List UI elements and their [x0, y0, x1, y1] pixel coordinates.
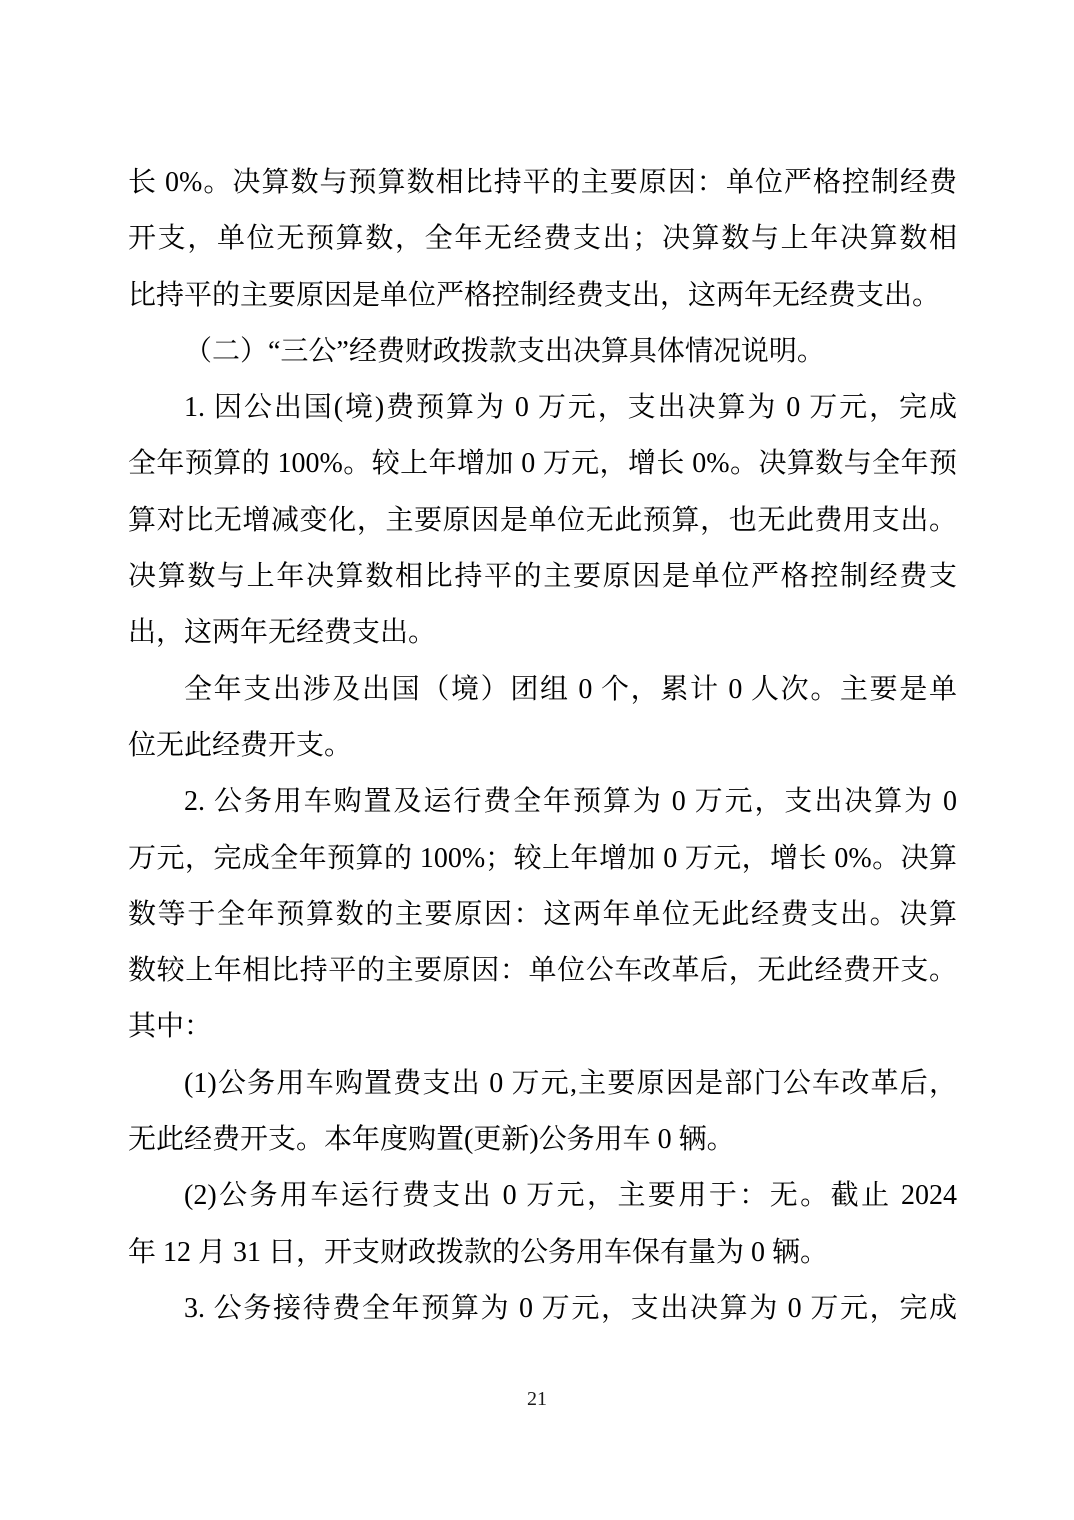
text-line: 年 12 月 31 日，开支财政拨款的公务用车保有量为 0 辆。: [128, 1225, 957, 1281]
text-line: 全年预算的 100%。较上年增加 0 万元，增长 0%。决算数与全年预: [128, 436, 957, 492]
text-line: 全年支出涉及出国（境）团组 0 个，累计 0 人次。主要是单: [128, 662, 957, 718]
document-body: 长 0%。决算数与预算数相比持平的主要原因：单位严格控制经费 开支，单位无预算数…: [128, 155, 957, 1337]
text-line: (2)公务用车运行费支出 0 万元，主要用于：无。截止 2024: [128, 1168, 957, 1224]
section-heading: （二）“三公”经费财政拨款支出决算具体情况说明。: [128, 324, 957, 380]
text-line: 位无此经费开支。: [128, 718, 957, 774]
text-line: 其中：: [128, 999, 957, 1055]
text-line: 数等于全年预算数的主要原因：这两年单位无此经费支出。决算: [128, 887, 957, 943]
text-line: 开支，单位无预算数，全年无经费支出；决算数与上年决算数相: [128, 211, 957, 267]
page-number: 21: [0, 1388, 1074, 1411]
text-line: 万元，完成全年预算的 100%；较上年增加 0 万元，增长 0%。决算: [128, 831, 957, 887]
text-line: 无此经费开支。本年度购置(更新)公务用车 0 辆。: [128, 1112, 957, 1168]
text-line: 1. 因公出国(境)费预算为 0 万元，支出决算为 0 万元，完成: [128, 380, 957, 436]
text-line: 比持平的主要原因是单位严格控制经费支出，这两年无经费支出。: [128, 268, 957, 324]
text-line: 3. 公务接待费全年预算为 0 万元，支出决算为 0 万元，完成: [128, 1281, 957, 1337]
text-line: 决算数与上年决算数相比持平的主要原因是单位严格控制经费支: [128, 549, 957, 605]
text-line: 算对比无增减变化，主要原因是单位无此预算，也无此费用支出。: [128, 493, 957, 549]
text-line: (1)公务用车购置费支出 0 万元,主要原因是部门公车改革后，: [128, 1056, 957, 1112]
text-line: 长 0%。决算数与预算数相比持平的主要原因：单位严格控制经费: [128, 155, 957, 211]
text-line: 2. 公务用车购置及运行费全年预算为 0 万元，支出决算为 0: [128, 774, 957, 830]
document-page: 长 0%。决算数与预算数相比持平的主要原因：单位严格控制经费 开支，单位无预算数…: [0, 0, 1074, 1520]
text-line: 数较上年相比持平的主要原因：单位公车改革后，无此经费开支。: [128, 943, 957, 999]
text-line: 出，这两年无经费支出。: [128, 605, 957, 661]
